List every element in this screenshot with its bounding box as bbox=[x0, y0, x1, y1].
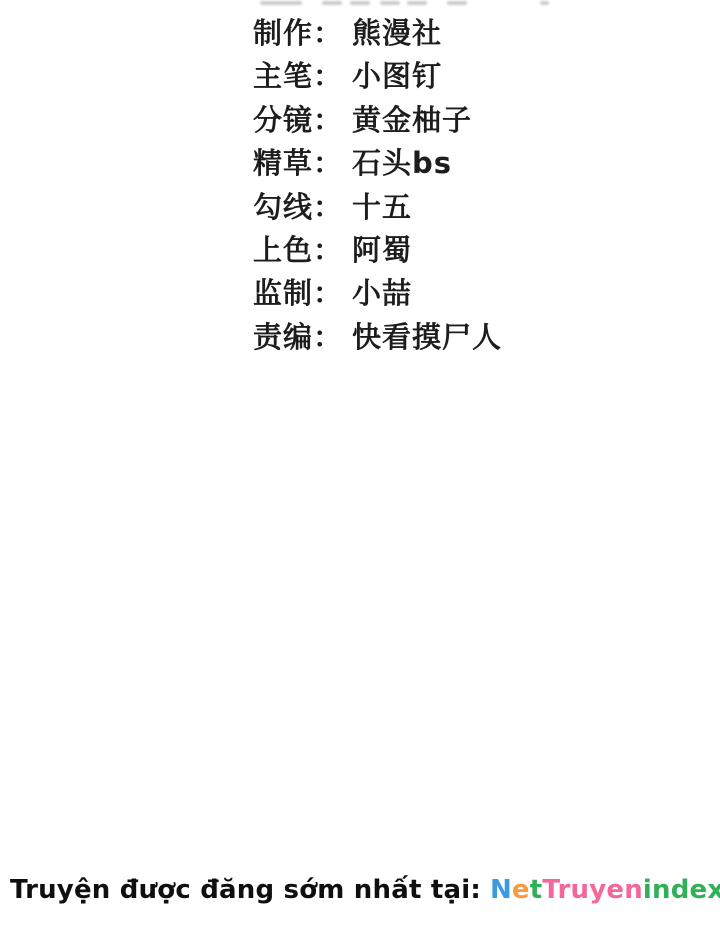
site-name-segment: N bbox=[490, 875, 512, 905]
clipped-glyph-fragment bbox=[540, 1, 549, 5]
credit-separator: ： bbox=[313, 316, 343, 359]
credit-label: 监制 bbox=[253, 272, 313, 315]
credit-separator: ： bbox=[313, 12, 343, 55]
clipped-glyph-fragment bbox=[260, 1, 302, 5]
site-name: NetTruyenindex.com bbox=[490, 875, 720, 905]
credit-value: 石头bs bbox=[352, 142, 452, 185]
footer-prefix-text: Truyện được đăng sớm nhất tại: bbox=[10, 875, 481, 905]
site-name-segment: e bbox=[512, 875, 530, 905]
credit-separator: ： bbox=[313, 142, 343, 185]
credit-label: 勾线 bbox=[253, 186, 313, 229]
site-name-segment: t bbox=[530, 875, 543, 905]
clipped-glyph-fragment bbox=[322, 1, 342, 5]
credit-separator: ： bbox=[313, 55, 343, 98]
clipped-glyph-fragment bbox=[350, 1, 370, 5]
clipped-glyph-fragment bbox=[380, 1, 400, 5]
site-name-segment: Truyen bbox=[542, 875, 643, 905]
credit-value: 快看摸尸人 bbox=[352, 316, 502, 359]
credit-row-supervisor: 监制：小喆 bbox=[253, 272, 502, 315]
credit-separator: ： bbox=[313, 272, 343, 315]
credit-value: 熊漫社 bbox=[352, 12, 442, 55]
credit-row-editor: 责编：快看摸尸人 bbox=[253, 316, 502, 359]
credit-value: 十五 bbox=[352, 186, 412, 229]
credit-label: 分镜 bbox=[253, 99, 313, 142]
credit-value: 阿蜀 bbox=[352, 229, 412, 272]
credit-row-coloring: 上色：阿蜀 bbox=[253, 229, 502, 272]
clipped-glyph-fragment bbox=[447, 1, 467, 5]
credit-separator: ： bbox=[313, 229, 343, 272]
credit-value: 小图钉 bbox=[352, 55, 442, 98]
credit-separator: ： bbox=[313, 186, 343, 229]
credit-row-lead-artist: 主笔：小图钉 bbox=[253, 55, 502, 98]
credit-label: 上色 bbox=[253, 229, 313, 272]
credit-separator: ： bbox=[313, 99, 343, 142]
credit-row-production: 制作：熊漫社 bbox=[253, 12, 502, 55]
credit-label: 精草 bbox=[253, 142, 313, 185]
credit-value: 小喆 bbox=[352, 272, 412, 315]
manga-credits-page: 制作：熊漫社 主笔：小图钉 分镜：黄金柚子 精草：石头bs 勾线：十五 上色：阿… bbox=[0, 0, 720, 927]
site-name-segment: index bbox=[643, 875, 720, 905]
credit-label: 主笔 bbox=[253, 55, 313, 98]
credits-list: 制作：熊漫社 主笔：小图钉 分镜：黄金柚子 精草：石头bs 勾线：十五 上色：阿… bbox=[253, 12, 502, 359]
clipped-text-remnant bbox=[0, 0, 720, 7]
credit-row-draft: 精草：石头bs bbox=[253, 142, 502, 185]
credit-label: 制作 bbox=[253, 12, 313, 55]
clipped-glyph-fragment bbox=[407, 1, 427, 5]
footer-watermark: Truyện được đăng sớm nhất tại:NetTruyeni… bbox=[10, 872, 720, 908]
credit-row-lineart: 勾线：十五 bbox=[253, 186, 502, 229]
credit-value: 黄金柚子 bbox=[352, 99, 472, 142]
credit-row-storyboard: 分镜：黄金柚子 bbox=[253, 99, 502, 142]
credit-label: 责编 bbox=[253, 316, 313, 359]
